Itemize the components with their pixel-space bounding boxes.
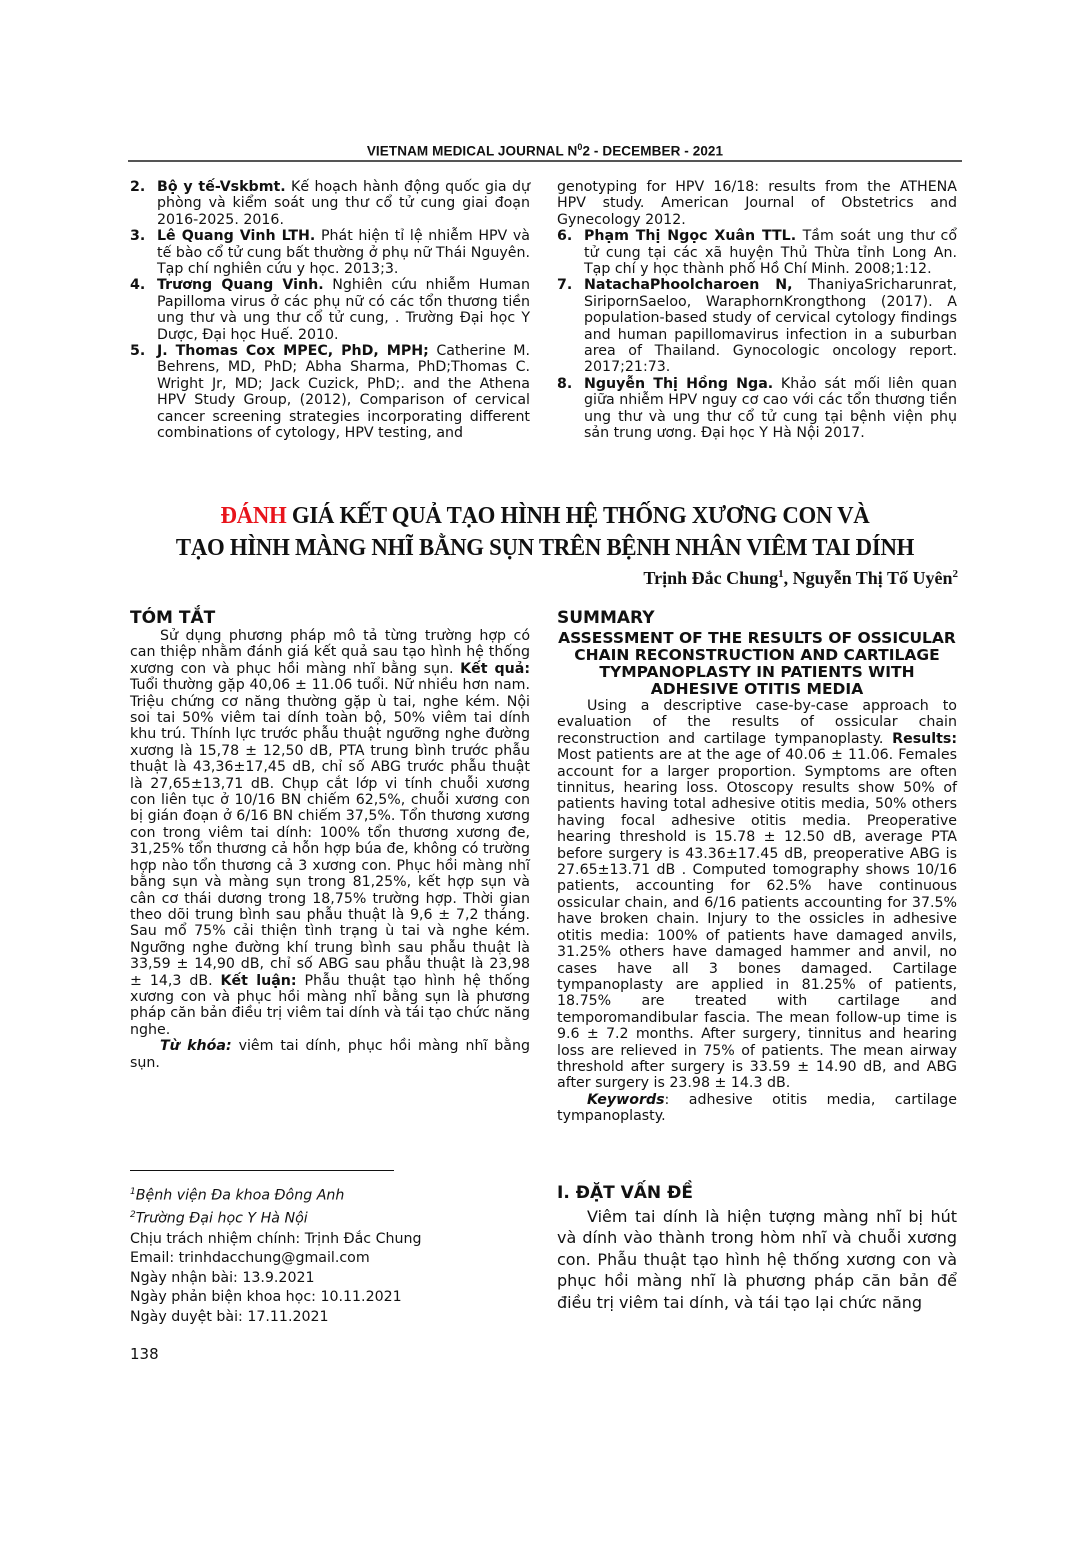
reference-number: 8. — [557, 376, 584, 442]
reference-authors: Trương Quang Vinh. — [157, 277, 324, 293]
results-label: Kết quả: — [460, 661, 530, 677]
header-divider — [128, 160, 962, 162]
date-received: Ngày nhận bài: 13.9.2021 — [130, 1269, 530, 1289]
reference-item: 2. Bộ y tế-Vskbmt. Kế hoạch hành động qu… — [130, 179, 530, 228]
reference-item: 3. Lê Quang Vinh LTH. Phát hiện tỉ lệ nh… — [130, 228, 530, 277]
english-title: ASSESSMENT OF THE RESULTS OF OSSICULAR C… — [557, 630, 957, 698]
introduction-heading: I. ĐẶT VẤN ĐỀ — [557, 1183, 693, 1203]
results-text: Tuổi thường gặp 40,06 ± 11.06 tuổi. Nữ n… — [130, 677, 530, 988]
affiliation-2: 2Trường Đại học Y Hà Nội — [130, 1206, 530, 1229]
footnote-divider — [130, 1170, 394, 1171]
reference-number: 4. — [130, 277, 157, 343]
references-left-column: 2. Bộ y tế-Vskbmt. Kế hoạch hành động qu… — [130, 179, 530, 442]
affiliation-text: Trường Đại học Y Hà Nội — [136, 1211, 308, 1227]
article-title-line1: GIÁ KẾT QUẢ TẠO HÌNH HỆ THỐNG XƯƠNG CON … — [286, 502, 869, 529]
article-authors: Trịnh Đắc Chung1, Nguyễn Thị Tố Uyên2 — [643, 568, 958, 589]
article-title-highlight: ĐÁNH — [220, 502, 286, 529]
references-right-column: genotyping for HPV 16/18: results from t… — [557, 179, 957, 442]
author-name: Trịnh Đắc Chung — [643, 568, 778, 588]
abstract-english: SUMMARY ASSESSMENT OF THE RESULTS OF OSS… — [557, 608, 957, 1125]
keywords: Từ khóa: viêm tai dính, phục hồi màng nh… — [130, 1038, 530, 1071]
abstract-vietnamese: TÓM TẮT Sử dụng phương pháp mô tả từng t… — [130, 608, 530, 1071]
results-text: Most patients are at the age of 40.06 ± … — [557, 747, 957, 1091]
email[interactable]: Email: trinhdacchung@gmail.com — [130, 1249, 530, 1269]
journal-name: VIETNAM MEDICAL JOURNAL N — [367, 144, 578, 159]
reference-authors: NatachaPhoolcharoen N, — [584, 277, 792, 293]
reference-item: 4. Trương Quang Vinh. Nghiên cứu nhiễm H… — [130, 277, 530, 343]
reference-item: 5. J. Thomas Cox MPEC, PhD, MPH; Catheri… — [130, 343, 530, 441]
author-separator: , — [784, 568, 793, 588]
date-accepted: Ngày duyệt bài: 17.11.2021 — [130, 1308, 530, 1328]
reference-authors: Nguyễn Thị Hồng Nga. — [584, 376, 773, 392]
journal-header: VIETNAM MEDICAL JOURNAL N02 - DECEMBER -… — [128, 142, 962, 159]
keywords-label: Từ khóa: — [160, 1038, 232, 1054]
reference-authors: Lê Quang Vinh LTH. — [157, 228, 315, 244]
reference-number: 5. — [130, 343, 157, 441]
date-reviewed: Ngày phản biện khoa học: 10.11.2021 — [130, 1288, 530, 1308]
affiliation-text: Bệnh viện Đa khoa Đông Anh — [136, 1188, 345, 1204]
author-name: Nguyễn Thị Tố Uyên — [793, 568, 953, 588]
reference-item: 7. NatachaPhoolcharoen N, ThaniyaSrichar… — [557, 277, 957, 375]
reference-continuation: genotyping for HPV 16/18: results from t… — [557, 179, 957, 228]
reference-authors: Bộ y tế-Vskbmt. — [157, 179, 286, 195]
summary-heading: SUMMARY — [557, 608, 957, 628]
results-label: Results: — [892, 731, 957, 747]
conclusion-label: Kết luận: — [221, 973, 297, 989]
reference-number: 6. — [557, 228, 584, 277]
article-title-line2: TẠO HÌNH MÀNG NHĨ BẰNG SỤN TRÊN BỆNH NHÂ… — [159, 532, 931, 564]
journal-issue: 2 - DECEMBER - 2021 — [582, 144, 723, 159]
reference-number: 7. — [557, 277, 584, 375]
abstract-heading: TÓM TẮT — [130, 608, 530, 628]
page-number: 138 — [130, 1345, 159, 1363]
footnotes: 1Bệnh viện Đa khoa Đông Anh 2Trường Đại … — [130, 1183, 530, 1328]
keywords-label: Keywords — [587, 1092, 665, 1108]
reference-item: 6. Phạm Thị Ngọc Xuân TTL. Tầm soát ung … — [557, 228, 957, 277]
reference-number: 3. — [130, 228, 157, 277]
summary-body: Using a descriptive case-by-case approac… — [557, 698, 957, 1092]
affiliation-1: 1Bệnh viện Đa khoa Đông Anh — [130, 1183, 530, 1206]
reference-item: 8. Nguyễn Thị Hồng Nga. Khảo sát mối liê… — [557, 376, 957, 442]
reference-number: 2. — [130, 179, 157, 228]
article-title: ĐÁNH GIÁ KẾT QUẢ TẠO HÌNH HỆ THỐNG XƯƠNG… — [159, 500, 931, 564]
author-affiliation-sup: 2 — [953, 568, 959, 580]
reference-authors: J. Thomas Cox MPEC, PhD, MPH; — [157, 343, 429, 359]
keywords: Keywords: adhesive otitis media, cartila… — [557, 1092, 957, 1125]
reference-authors: Phạm Thị Ngọc Xuân TTL. — [584, 228, 796, 244]
introduction-text: Viêm tai dính là hiện tượng màng nhĩ bị … — [557, 1206, 957, 1313]
corresponding-author: Chịu trách nhiệm chính: Trịnh Đắc Chung — [130, 1230, 530, 1250]
abstract-body: Sử dụng phương pháp mô tả từng trường hợ… — [130, 628, 530, 1038]
